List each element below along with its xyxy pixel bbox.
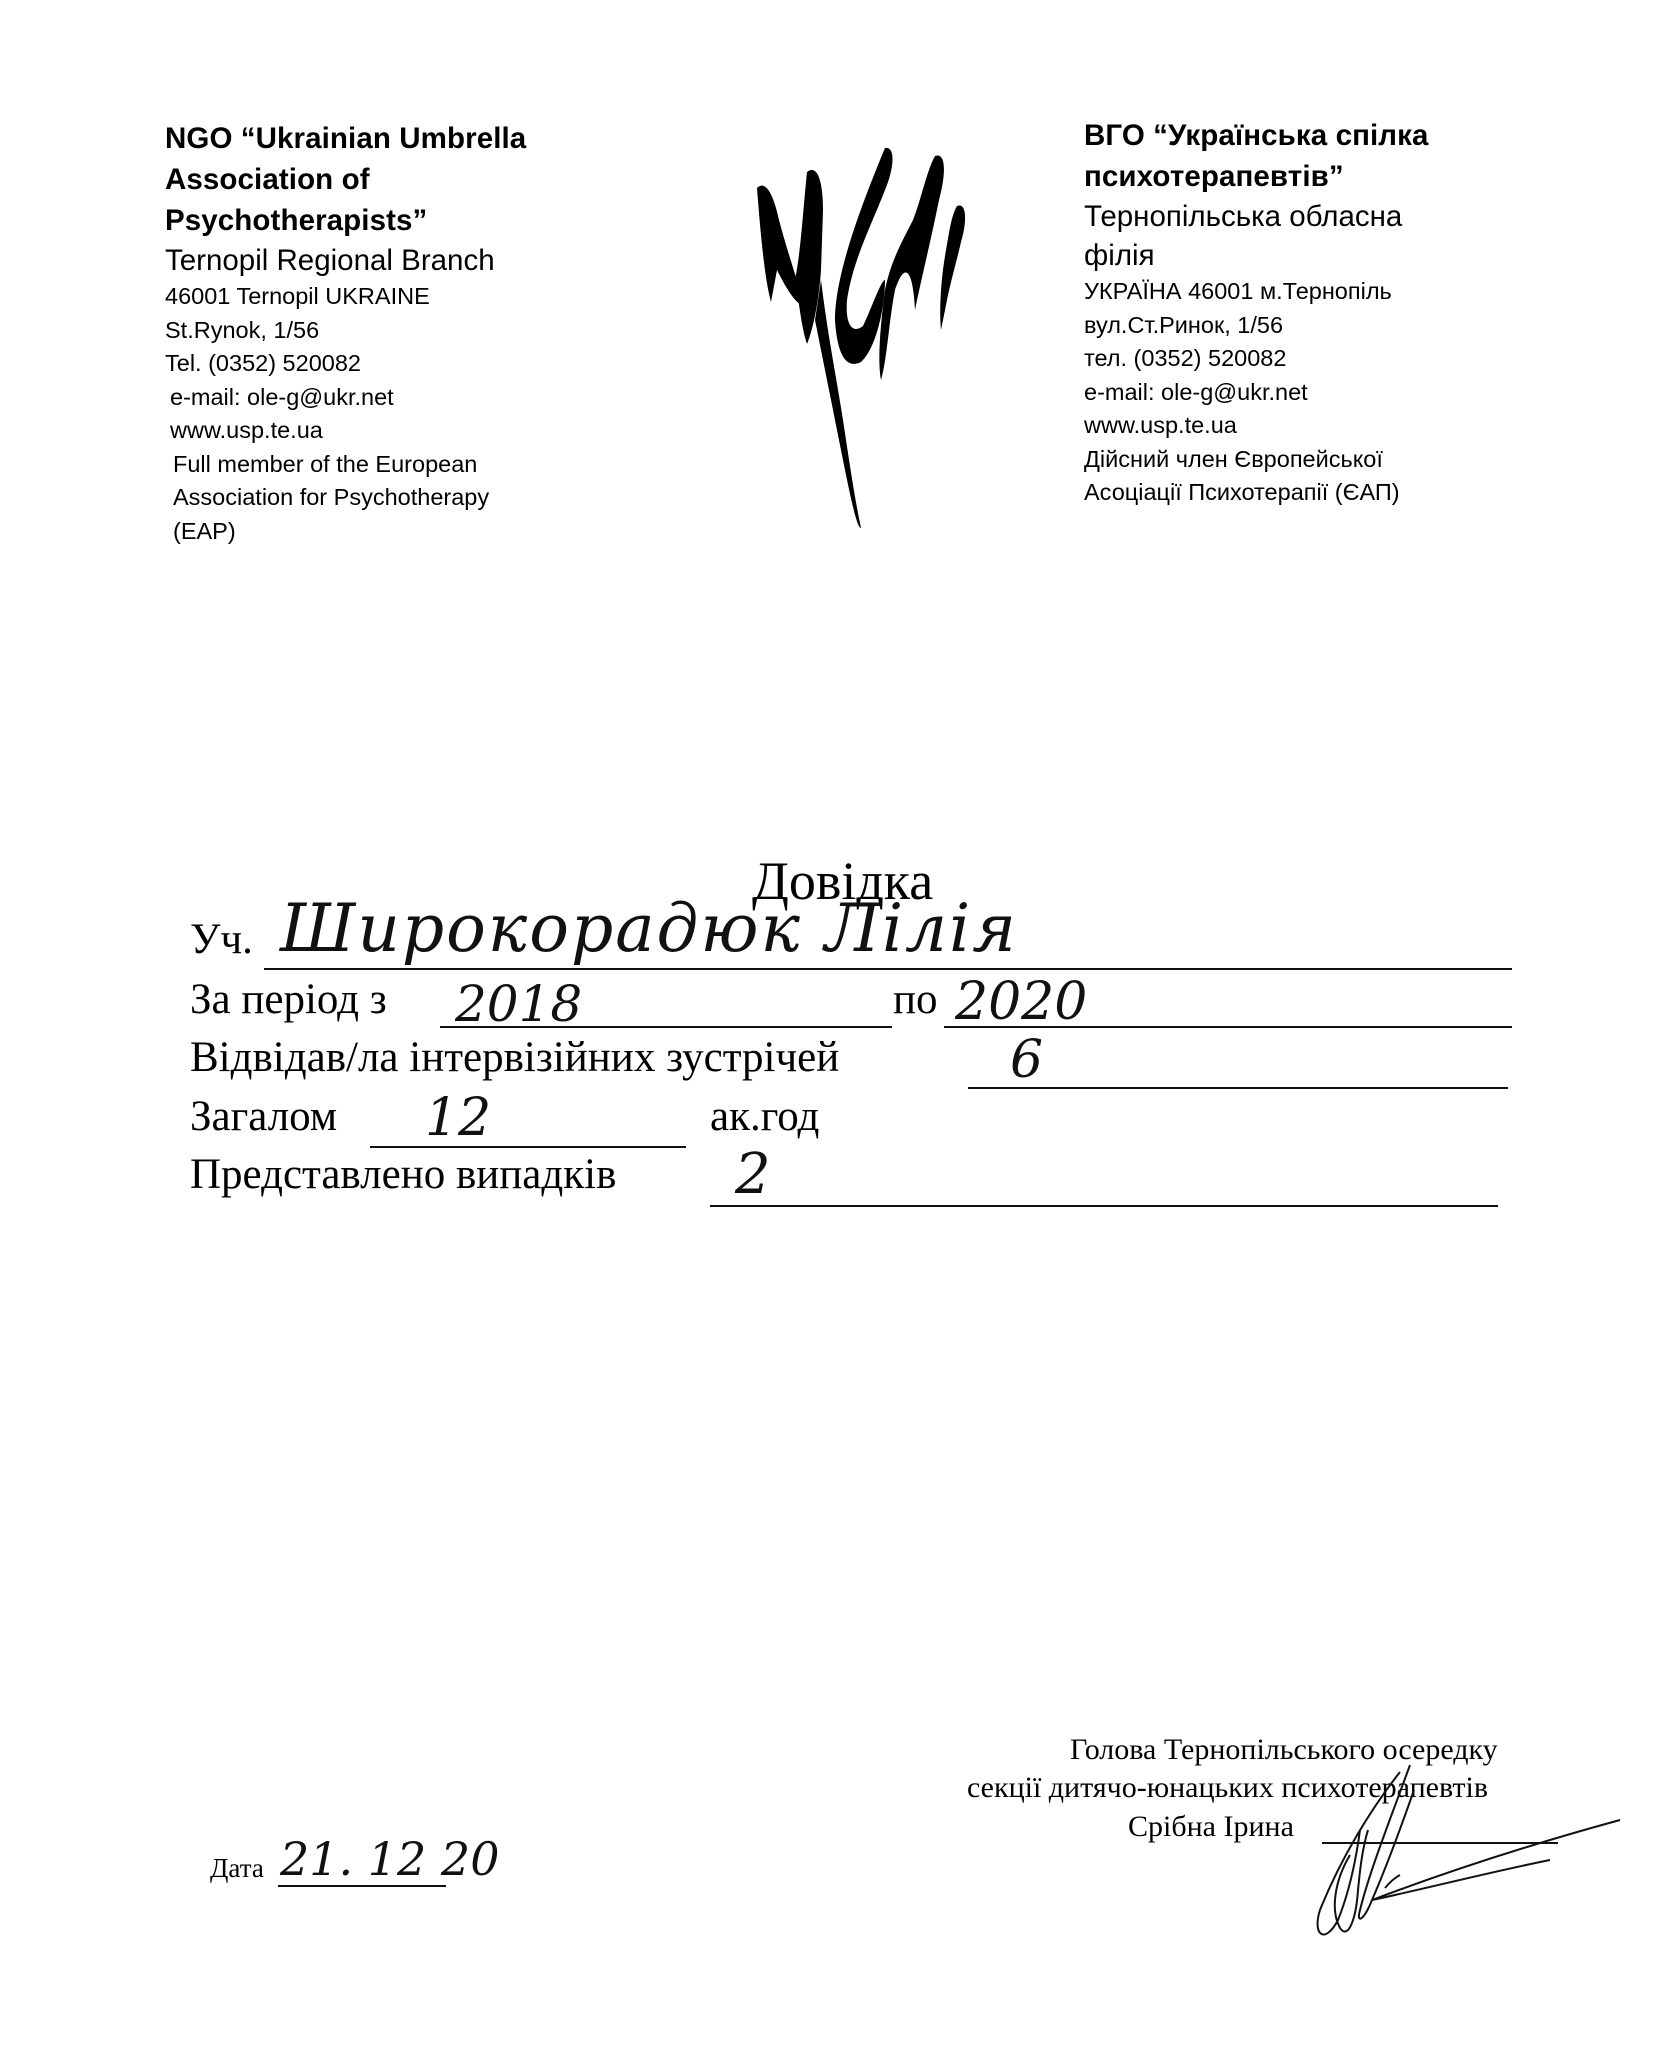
period-to-label: по [893, 975, 938, 1024]
period-from-label: За період з [190, 975, 387, 1024]
meetings-field-line [968, 1087, 1508, 1089]
org-name-line: NGO “Ukrainian Umbrella [165, 118, 605, 159]
address-line: St.Rynok, 1/56 [165, 314, 605, 348]
total-handwritten-value: 12 [425, 1088, 491, 1148]
address-line: вул.Ст.Ринок, 1/56 [1084, 309, 1544, 343]
org-name-line: ВГО “Українська спілка [1084, 115, 1544, 156]
date-handwritten-value: 21. 12 20 [280, 1832, 499, 1886]
total-unit-label: ак.год [710, 1092, 819, 1141]
branch-line: Тернопільська обласна [1084, 197, 1544, 236]
membership-line: Дійсний член Європейської [1084, 443, 1544, 477]
participant-handwritten-value: Широкорадюк Лілія [280, 890, 1018, 967]
membership-line: (EAP) [165, 515, 605, 549]
address-line: 46001 Ternopil UKRAINE [165, 280, 605, 314]
website: www.usp.te.ua [1084, 409, 1544, 443]
meetings-label: Відвідав/ла інтервізійних зустрічей [190, 1033, 839, 1082]
handwritten-signature-icon [1290, 1760, 1640, 1950]
total-label: Загалом [190, 1092, 337, 1141]
website: www.usp.te.ua [165, 414, 605, 448]
branch-name: Ternopil Regional Branch [165, 241, 605, 280]
membership-line: Association for Psychotherapy [165, 481, 605, 515]
membership-line: Full member of the European [165, 448, 605, 482]
address-line: УКРАЇНА 46001 м.Тернопіль [1084, 275, 1544, 309]
membership-line: Асоціації Психотерапії (ЄАП) [1084, 476, 1544, 510]
date-label: Дата [210, 1853, 264, 1884]
meetings-handwritten-value: 6 [1010, 1030, 1043, 1090]
cases-label: Представлено випадків [190, 1150, 616, 1199]
cases-field-line [710, 1205, 1498, 1207]
usp-calligraphic-logo-icon [735, 130, 965, 530]
org-name-line: Psychotherapists” [165, 200, 605, 241]
header-left-english: NGO “Ukrainian Umbrella Association of P… [165, 118, 605, 548]
period-to-handwritten-value: 2020 [955, 972, 1087, 1032]
signatory-name: Срібна Ірина [1128, 1810, 1294, 1844]
phone: Tel. (0352) 520082 [165, 347, 605, 381]
period-from-handwritten-value: 2018 [455, 975, 582, 1033]
participant-field-line [264, 968, 1512, 970]
email: e-mail: ole-g@ukr.net [165, 381, 605, 415]
total-field-line [370, 1146, 686, 1148]
phone: тел. (0352) 520082 [1084, 342, 1544, 376]
branch-line: філія [1084, 236, 1544, 275]
email: e-mail: ole-g@ukr.net [1084, 376, 1544, 410]
header-right-ukrainian: ВГО “Українська спілка психотерапевтів” … [1084, 115, 1544, 510]
org-name-line: психотерапевтів” [1084, 156, 1544, 197]
participant-label: Уч. [190, 915, 253, 964]
cases-handwritten-value: 2 [735, 1142, 771, 1207]
org-name-line: Association of [165, 159, 605, 200]
